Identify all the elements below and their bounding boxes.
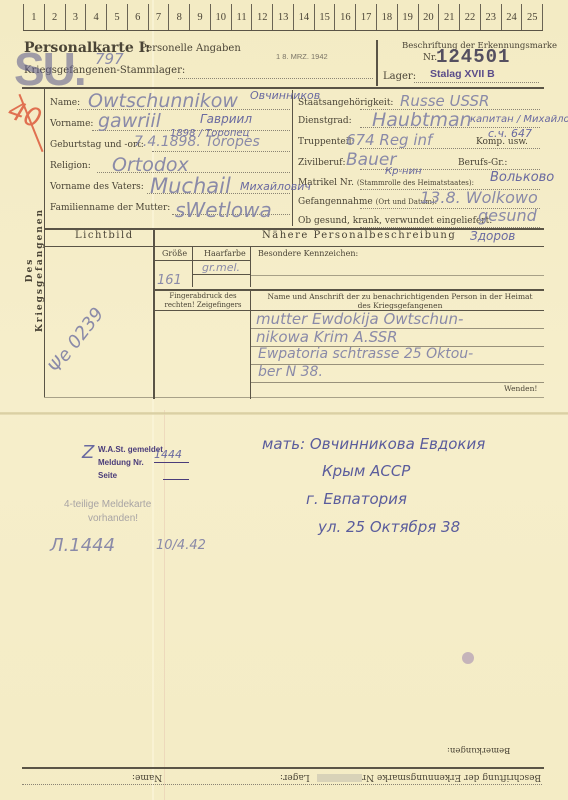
name-value: Owtschunnikow (88, 90, 238, 112)
ruler-cell: 12 (251, 4, 272, 30)
rank-annotation: капитан / Михайлович (470, 114, 568, 125)
notify-line-1: mutter Ewdokija Owtschun- (256, 310, 463, 328)
field-label-left: Religion: (50, 161, 91, 171)
company-value: с.ч. 647 (488, 127, 532, 140)
russian-address-2: Крым АССР (322, 462, 410, 480)
camp-number-hand: 797 (95, 50, 124, 68)
ruler-cell: 6 (127, 4, 148, 30)
religion-value: Ortodox (112, 154, 189, 176)
reference-handwriting: Л.1444 (50, 535, 115, 556)
ruler-cell: 13 (272, 4, 293, 30)
name-annotation: Овчинников (250, 89, 320, 102)
vertical-margin-label: Des Kriegsgefangenen (25, 205, 45, 335)
ruler-cell: 20 (418, 4, 439, 30)
field-label-right: Gefangennahme (Ort und Datum): (298, 197, 437, 207)
ruler-cell: 2 (44, 4, 65, 30)
health-annotation: Здоров (470, 229, 515, 243)
field-label-left: Geburtstag und -ort: (50, 140, 144, 150)
notify-label: Name und Anschrift der zu benachrichtige… (260, 292, 540, 310)
meldekarte-line-1: 4-teilige Meldekarte (64, 498, 151, 512)
tag-number: 124501 (436, 46, 510, 68)
ruler-cell: 3 (65, 4, 86, 30)
field-label-left: Familienname der Mutter: (50, 203, 170, 213)
ruler-cell: 14 (293, 4, 314, 30)
meldekarte-line-2: vorhanden! (64, 512, 151, 526)
ruler-cell: 22 (459, 4, 480, 30)
date-stamp: 1 8. MRZ. 1942 (276, 52, 328, 61)
personnel-card: 1234567891011121314151617181920212223242… (0, 0, 568, 800)
ruler-cell: 10 (210, 4, 231, 30)
ruler-cell: 11 (231, 4, 252, 30)
ruler-cell: 9 (189, 4, 210, 30)
remarks-label: Bemerkungen: (447, 745, 510, 755)
field-label-left: Name: (50, 98, 80, 108)
redacted-number (317, 774, 362, 782)
russian-address-1: мать: Овчинникова Евдокия (262, 435, 485, 453)
wast-number: 1444 (154, 448, 182, 461)
father-value: Muchail (150, 174, 231, 198)
col-hair: Haarfarbe (204, 249, 246, 258)
health-value: gesund (478, 206, 537, 225)
height-value: 161 (157, 273, 182, 288)
date-handwriting: 10/4.42 (156, 538, 206, 553)
col-height: Größe (162, 249, 187, 258)
description-header: Nähere Personalbeschreibung (262, 230, 456, 241)
paper-fold-horizontal (0, 412, 568, 415)
firstname-value: gawriil (98, 110, 161, 132)
father-annotation: Михайлович (240, 180, 311, 193)
capture-value: 13.8. Wolkowo (420, 188, 538, 207)
ruler-cell: 19 (397, 4, 418, 30)
hair-value: gr.mel. (202, 261, 240, 274)
numbered-ruler: 1234567891011121314151617181920212223242… (23, 4, 543, 31)
fingerprint-label: Fingerabdruck des rechten! Zeigefingers (156, 292, 250, 310)
russian-address-4: ул. 25 Октября 38 (318, 518, 460, 536)
ruler-cell: 7 (148, 4, 169, 30)
ruler-cell: 8 (168, 4, 189, 30)
russian-address-3: г. Евпатория (306, 490, 407, 508)
ruler-cell: 1 (23, 4, 44, 30)
unit-value: 674 Reg inf (346, 131, 432, 149)
nationality-value: Russe USSR (400, 92, 489, 110)
ruler-cell: 15 (314, 4, 335, 30)
matrikel-annotation: Кр-нин (385, 166, 422, 177)
col-marks: Besondere Kennzeichen: (258, 249, 358, 258)
tag-nr-label: Nr. (423, 53, 437, 63)
matrikel-value: Вольково (490, 170, 554, 185)
ruler-cell: 23 (480, 4, 501, 30)
lager-label: Lager: (383, 71, 416, 82)
field-label-right-secondary: Berufs-Gr.: (458, 158, 507, 168)
photo-header: Lichtbild (75, 230, 134, 241)
ruler-cell: 18 (376, 4, 397, 30)
mother-value: sWetlowa (175, 198, 272, 222)
ruler-cell: 21 (438, 4, 459, 30)
ruler-cell: 5 (106, 4, 127, 30)
card-subtitle: Personelle Angaben (140, 43, 241, 54)
field-label-left: Vorname: (50, 119, 93, 129)
photo-handwriting: Ψe 0239 (44, 304, 108, 377)
field-label-right: Dienstgrad: (298, 116, 352, 126)
name-label-inverted: Name: (132, 772, 162, 782)
ruler-cell: 25 (521, 4, 543, 30)
wast-stamp-line-3: Seite (98, 469, 163, 482)
field-label-sub: (Stammrolle des Heimatstaates): (357, 179, 474, 187)
field-label-right: Matrikel Nr. (Stammrolle des Heimatstaat… (298, 178, 474, 188)
field-label-left: Vorname des Vaters: (50, 182, 144, 192)
red-mark: 40 (4, 95, 45, 135)
notify-line-4: ber N 38. (258, 364, 323, 380)
lager-stamp: Stalag XVII B (430, 68, 495, 80)
firstname-annotation: Гавриил (200, 112, 252, 126)
lager-label-inverted: Lager: (280, 772, 310, 782)
notify-line-2: nikowa Krim A.SSR (256, 328, 398, 346)
tag-label-inverted: Beschriftung der Erkennungsmarke Nr. (360, 772, 541, 782)
ruler-cell: 16 (334, 4, 355, 30)
birth-annotation: 1898 / Торопец (170, 128, 249, 139)
rank-value: Haubtman (372, 109, 472, 131)
field-label-right: Ob gesund, krank, verwundet eingeliefert… (298, 216, 492, 226)
notify-line-3: Ewpatoria schtrasse 25 Oktou- (258, 346, 473, 362)
field-label-right: Zivilberuf: (298, 158, 346, 168)
ruler-cell: 24 (501, 4, 522, 30)
ruler-cell: 17 (355, 4, 376, 30)
meldekarte-stamp: 4-teilige Meldekarte vorhanden! (64, 498, 151, 526)
paper-fold-vertical-lower (164, 410, 165, 800)
turn-over-label: Wenden! (504, 384, 537, 393)
wast-check-mark: Z (82, 442, 94, 463)
ruler-cell: 4 (85, 4, 106, 30)
field-label-main: Gefangennahme (298, 197, 373, 207)
ink-blot (462, 652, 474, 664)
